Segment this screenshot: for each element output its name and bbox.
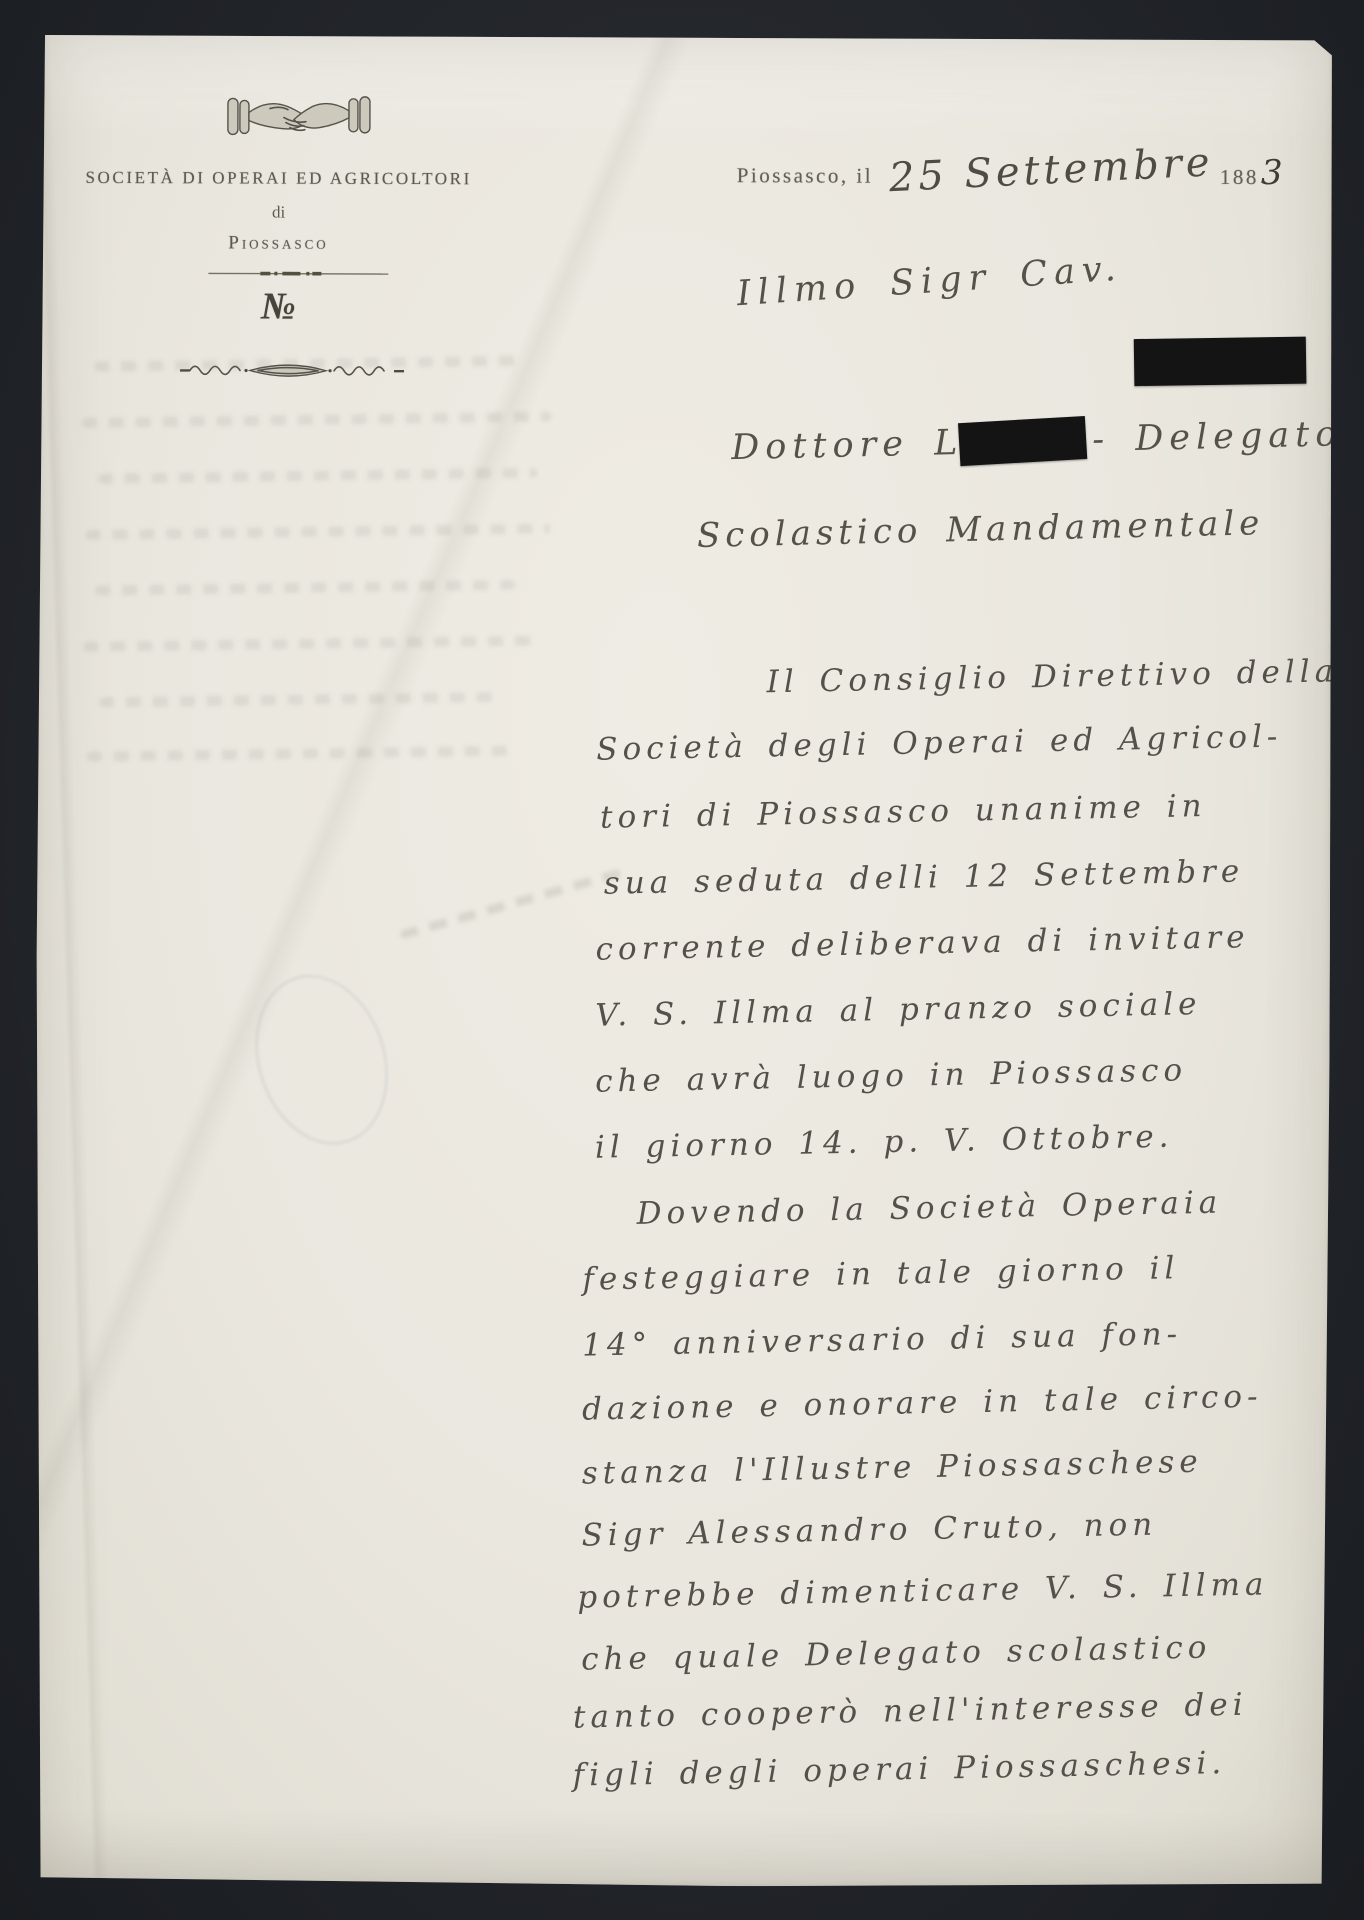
body-line: il giorno 14. p. V. Ottobre. xyxy=(595,1119,1174,1166)
body-line: tanto cooperò nell'interesse dei xyxy=(573,1687,1248,1736)
bleedthrough-ghost xyxy=(98,468,538,484)
body-line: potrebbe dimenticare V. S. Illma xyxy=(577,1566,1269,1615)
letterhead: SOCIETÀ DI OPERAI ED AGRICOLTORI di Pios… xyxy=(59,26,499,28)
body-line: figli degli operai Piossaschesi. xyxy=(572,1745,1226,1794)
redaction-block xyxy=(958,416,1087,466)
salutation-line2-prefix: Dottore L xyxy=(731,422,964,467)
handshake-emblem-icon xyxy=(224,84,374,149)
body-line: Società degli Operai ed Agricol- xyxy=(596,719,1283,768)
bleedthrough-ghost xyxy=(85,523,550,539)
bleedthrough-ghost xyxy=(95,580,515,596)
salutation-line1: Illmo Sigr Cav. xyxy=(736,249,1124,315)
body-line: V. S. Illma al pranzo sociale xyxy=(595,986,1202,1034)
body-line: dazione e onorare in tale circo- xyxy=(582,1379,1263,1428)
body-line: che quale Delegato scolastico xyxy=(581,1630,1212,1678)
bleedthrough-signature-ghost xyxy=(399,868,623,939)
body-line: 14° anniversario di sua fon- xyxy=(582,1316,1182,1364)
letterhead-divider-rule xyxy=(208,269,388,278)
bleedthrough-ghost xyxy=(82,411,552,428)
handwritten-year-digit: 3 xyxy=(1261,153,1283,193)
printed-year-prefix: 188 xyxy=(1220,165,1259,190)
redaction-block xyxy=(1134,337,1307,386)
body-line: corrente deliberava di invitare xyxy=(595,919,1250,968)
body-line: sua seduta delli 12 Settembre xyxy=(604,853,1245,901)
society-name-di: di xyxy=(59,202,499,224)
handwritten-day-month: 25 Settembre xyxy=(888,139,1215,201)
bleedthrough-ghost xyxy=(99,692,499,708)
bleedthrough-ghost xyxy=(87,746,517,762)
body-line: stanza l'Illustre Piossaschese xyxy=(581,1444,1202,1492)
letter-page: SOCIETÀ DI OPERAI ED AGRICOLTORI di Pios… xyxy=(33,26,1333,1889)
society-name: SOCIETÀ DI OPERAI ED AGRICOLTORI xyxy=(43,168,515,190)
body-line: Dovendo la Società Operaia xyxy=(636,1185,1222,1232)
body-line: Il Consiglio Direttivo della xyxy=(766,653,1338,700)
dateline: Piossasco, il 25 Settembre 188 3 xyxy=(737,146,1283,194)
bleedthrough-ghost xyxy=(83,636,538,652)
body-line: festeggiare in tale giorno il xyxy=(582,1250,1180,1297)
faint-oval-stamp xyxy=(234,957,409,1162)
body-line: tori di Piossasco unanime in xyxy=(600,788,1207,836)
salutation-line2-suffix: - Delegato xyxy=(1092,414,1343,460)
body-line: che avrà luogo in Piossasco xyxy=(595,1052,1188,1099)
printed-place-date: Piossasco, il xyxy=(737,163,873,188)
photograph-of-letter: { "document_type": "handwritten letter, … xyxy=(0,0,1364,1920)
salutation-line3: Scolastico Mandamentale xyxy=(696,503,1264,556)
society-town: Piossasco xyxy=(58,232,498,256)
body-line: Sigr Alessandro Cruto, non xyxy=(581,1507,1157,1554)
number-label: № xyxy=(58,284,498,330)
salutation-line2: Dottore L - Delegato xyxy=(731,412,1343,469)
